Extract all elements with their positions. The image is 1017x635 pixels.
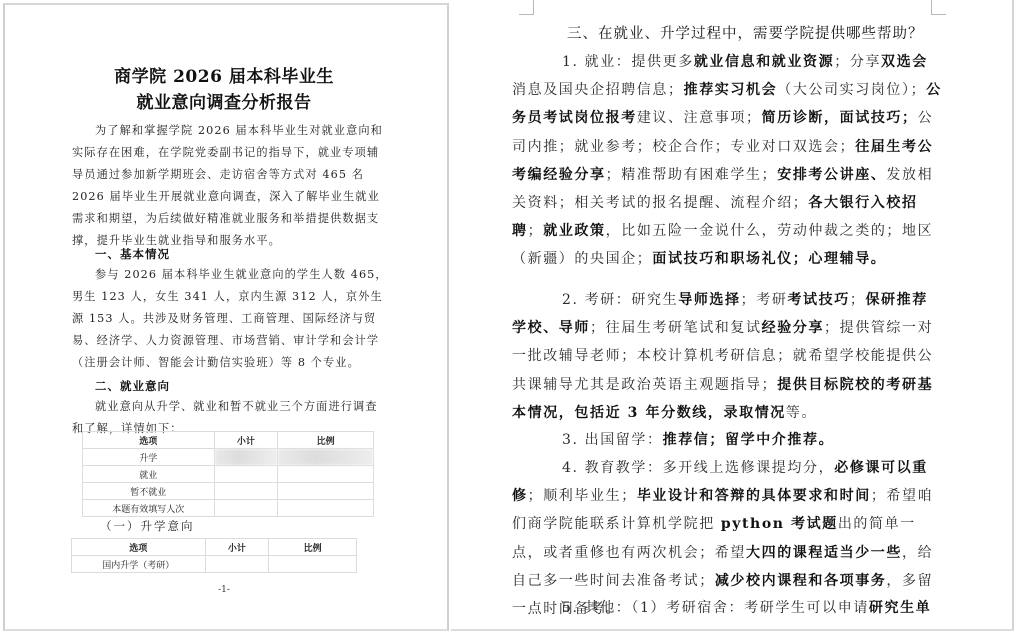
table-cell-option: 国内升学（考研）	[72, 556, 206, 573]
further-study-table: 选项 小计 比例 国内升学（考研）	[71, 538, 357, 573]
body-text: ；	[528, 223, 544, 239]
redacted-cell	[205, 556, 269, 573]
emphasized-text: python 考试题	[721, 516, 838, 532]
emphasized-text: 毕业设计和答辩的具体要求和时间	[637, 488, 871, 504]
body-text: 建议、注意事项；	[637, 110, 762, 126]
redacted-cell	[278, 449, 374, 466]
redacted-cell	[278, 483, 374, 500]
table-row: 升学	[83, 449, 374, 466]
table-header: 选项	[83, 432, 215, 449]
table-row: 就业	[83, 466, 374, 483]
table-row: 暂不就业	[83, 483, 374, 500]
help-item-employment: 1. 就业：提供更多就业信息和就业资源；分享双选会消息及国央企招聘信息；推荐实习…	[512, 48, 942, 274]
emphasized-text: 双选会	[881, 54, 928, 70]
emphasized-text: 简历诊断，面试技巧；	[762, 110, 918, 126]
emphasized-text: 面试技巧和职场礼仪；心理辅导。	[652, 251, 886, 267]
table-header: 选项	[72, 539, 206, 556]
emphasized-text: 推荐实习机会	[684, 82, 778, 98]
employment-intention-table: 选项 小计 比例 升学 就业 暂不就业 本题有效填写人次	[82, 431, 374, 517]
redacted-cell	[214, 483, 278, 500]
redacted-cell	[278, 466, 374, 483]
body-text: 3. 出国留学：	[562, 432, 663, 448]
emphasized-text: 导师选择	[678, 292, 740, 308]
redacted-cell	[269, 556, 357, 573]
intro-paragraph: 为了解和掌握学院 2026 届本科毕业生对就业意向和实际存在困难，在学院党委副书…	[72, 120, 388, 252]
crop-mark-top-right	[931, 0, 946, 15]
report-title-line2: 就业意向调查分析报告	[3, 88, 445, 113]
body-text: 等。	[786, 405, 817, 421]
subsection1-heading: （一）升学意向	[100, 515, 195, 537]
help-item-study-abroad: 3. 出国留学：推荐信；留学中介推荐。	[512, 426, 942, 454]
emphasized-text: 考试技巧	[787, 292, 849, 308]
redacted-cell	[214, 449, 278, 466]
table-header-row: 选项 小计 比例	[83, 432, 374, 449]
help-item-postgraduate: 2. 考研：研究生导师选择；考研考试技巧；保研推荐学校、导师；往届生考研笔试和复…	[512, 286, 942, 427]
table-header: 比例	[278, 432, 374, 449]
page-number: -1-	[3, 585, 445, 595]
redacted-cell	[278, 500, 374, 517]
body-text: ；考研	[741, 292, 788, 308]
body-text: ；往届生考研笔试和复试	[590, 320, 762, 336]
body-text: （大公司实习岗位）；	[777, 82, 926, 98]
section1-heading: 一、基本情况	[95, 246, 170, 262]
crop-mark-top-left	[519, 0, 534, 15]
body-text: 5. 其他：（1）考研宿舍：考研学生可以申请	[562, 600, 869, 616]
redacted-cell	[214, 500, 278, 517]
table-cell-option: 升学	[83, 449, 215, 466]
help-item-other: 5. 其他：（1）考研宿舍：考研学生可以申请研究生单	[512, 594, 942, 622]
section2-heading: 二、就业意向	[95, 378, 170, 394]
emphasized-text: 就业信息和就业资源	[694, 54, 834, 70]
body-text: 消息及国央企招聘信息；	[512, 82, 684, 98]
report-title-line1: 商学院 2026 届本科毕业生	[3, 62, 445, 87]
body-text: 2. 考研：研究生	[562, 292, 678, 308]
table-row: 本题有效填写人次	[83, 500, 374, 517]
table-cell-option: 本题有效填写人次	[83, 500, 215, 517]
section1-paragraph: 参与 2026 届本科毕业生就业意向的学生人数 465，男生 123 人，女生 …	[72, 264, 388, 374]
body-text: ；顺利毕业生；	[528, 488, 637, 504]
body-text: ；	[850, 292, 866, 308]
emphasized-text: 研究生单	[869, 600, 931, 616]
table-header: 小计	[214, 432, 278, 449]
table-header-row: 选项 小计 比例	[72, 539, 357, 556]
redacted-cell	[214, 466, 278, 483]
table-header: 比例	[269, 539, 357, 556]
body-text: ；精准帮助有困难学生；	[606, 167, 778, 183]
section3-heading: 三、在就业、升学过程中，需要学院提供哪些帮助？	[567, 22, 924, 43]
emphasized-text: 就业政策	[543, 223, 605, 239]
table-row: 国内升学（考研）	[72, 556, 357, 573]
body-text: 1. 就业：提供更多	[562, 54, 694, 70]
table-cell-option: 就业	[83, 466, 215, 483]
body-text: ；分享	[834, 54, 881, 70]
emphasized-text: 推荐信；留学中介推荐。	[663, 432, 835, 448]
emphasized-text: 安排考公讲座、	[777, 167, 886, 183]
table-header: 小计	[205, 539, 269, 556]
emphasized-text: 经验分享	[762, 320, 824, 336]
emphasized-text: 减少校内课程和各项事务	[715, 573, 887, 589]
body-text: 4. 教育教学：多开线上选修课提均分，	[562, 460, 834, 476]
emphasized-text: 大四的课程适当少一些	[746, 545, 902, 561]
table-cell-option: 暂不就业	[83, 483, 215, 500]
